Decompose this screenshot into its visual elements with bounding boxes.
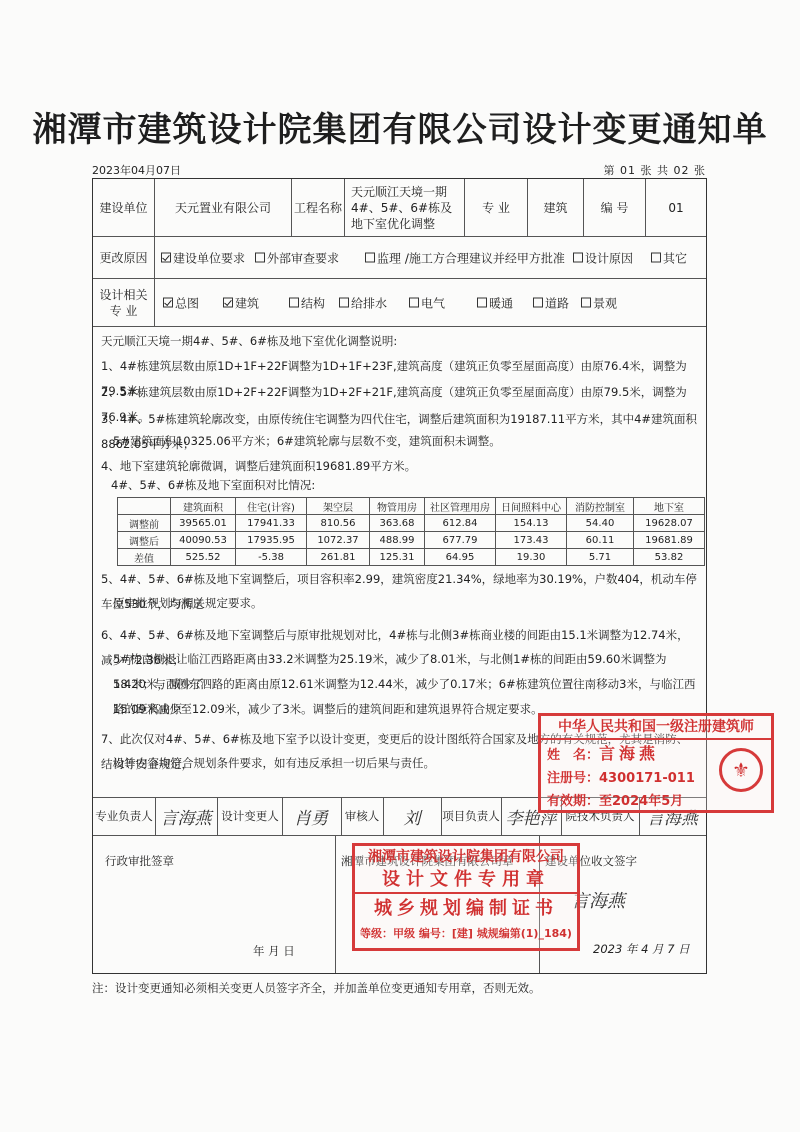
architect-emblem-icon: ⚜	[719, 748, 763, 792]
discipline-lead-label: 专业负责人	[93, 797, 156, 835]
number-label: 编 号	[584, 179, 646, 236]
admin-approval-date: 年 月 日	[253, 943, 295, 959]
table-cell: 173.43	[496, 532, 567, 549]
unit-label: 建设单位	[93, 179, 155, 236]
table-row: 调整后40090.5317935.951072.37488.99677.7917…	[118, 532, 705, 549]
table-row: 差值525.52-5.38261.81125.3164.9519.305.715…	[118, 549, 705, 566]
table-cell: 40090.53	[171, 532, 236, 549]
table-cell: 39565.01	[171, 515, 236, 532]
discipline-label: 专 业	[465, 179, 528, 236]
reviewer-label: 审核人	[341, 797, 384, 835]
table-cell: 社区管理用房	[425, 498, 496, 515]
disciplines-label: 设计相关 专 业	[93, 279, 155, 326]
discipline-option-architecture[interactable]: 建筑	[223, 294, 259, 311]
item-5-cont: 原审批规划与相关规定要求。	[113, 591, 698, 616]
table-cell: 物管用房	[370, 498, 425, 515]
table-cell: 363.68	[370, 515, 425, 532]
reason-label: 更改原因	[93, 237, 155, 278]
checkbox-checked-icon[interactable]	[163, 298, 173, 308]
header-row: 建设单位 天元置业有限公司 工程名称 天元顺江天境一期4#、5#、6#栋及地下室…	[93, 179, 706, 237]
checkbox-icon[interactable]	[365, 253, 375, 263]
table-cell: 17941.33	[236, 515, 307, 532]
table-cell: 19681.89	[634, 532, 705, 549]
table-cell: 488.99	[370, 532, 425, 549]
table-cell: 住宅(计容)	[236, 498, 307, 515]
table-cell: 525.52	[171, 549, 236, 566]
item-3-cont: 5#建筑面积10325.06平方米；6#建筑轮廓与层数不变，建筑面积未调整。	[113, 429, 698, 454]
table-cell: 调整前	[118, 515, 171, 532]
discipline-option-site-plan[interactable]: 总图	[163, 294, 199, 311]
admin-approval-label: 行政审批签章	[105, 853, 174, 869]
page-count: 第 01 张 共 02 张	[604, 162, 706, 178]
table-cell: 建筑面积	[171, 498, 236, 515]
discipline-option-hvac[interactable]: 暖通	[477, 294, 513, 311]
table-cell: 19.30	[496, 549, 567, 566]
table-cell: 消防控制室	[567, 498, 634, 515]
reviewer-signature: 刘	[383, 797, 442, 835]
discipline-option-landscape[interactable]: 景观	[581, 294, 617, 311]
designer-label: 设计变更人	[217, 797, 283, 835]
discipline-option-structure[interactable]: 结构	[289, 294, 325, 311]
table-cell: 677.79	[425, 532, 496, 549]
checkbox-icon[interactable]	[409, 298, 419, 308]
item-4: 4、地下室建筑轮廓微调，调整后建筑面积19681.89平方米。	[101, 454, 698, 479]
checkbox-icon[interactable]	[581, 298, 591, 308]
reason-option-supervision[interactable]: 监理 /施工方合理建议并经甲方批准	[365, 249, 565, 266]
checkbox-icon[interactable]	[289, 298, 299, 308]
table-cell: 差值	[118, 549, 171, 566]
number-value: 01	[646, 179, 706, 236]
table-cell: 810.56	[307, 515, 370, 532]
disciplines-row: 设计相关 专 业 总图 建筑 结构 给排水 电气 暖通 道路 景观	[93, 279, 706, 327]
checkbox-icon[interactable]	[651, 253, 661, 263]
description-heading: 天元顺江天境一期4#、5#、6#栋及地下室优化调整说明:	[101, 329, 698, 354]
table-cell	[118, 498, 171, 515]
architect-registration-stamp: 中华人民共和国一级注册建筑师 姓 名：言海燕 注册号：4300171-011 有…	[538, 713, 774, 813]
table-cell: 日间照料中心	[496, 498, 567, 515]
reason-option-other[interactable]: 其它	[651, 249, 687, 266]
table-cell: 64.95	[425, 549, 496, 566]
reason-option-external-review[interactable]: 外部审查要求	[255, 249, 339, 266]
table-caption: 4#、5#、6#栋及地下室面积对比情况:	[111, 477, 315, 493]
discipline-lead-signature: 言海燕	[155, 797, 217, 835]
table-cell: -5.38	[236, 549, 307, 566]
table-cell: 612.84	[425, 515, 496, 532]
table-cell: 调整后	[118, 532, 171, 549]
discipline-option-roads[interactable]: 道路	[533, 294, 569, 311]
table-cell: 261.81	[307, 549, 370, 566]
reason-option-design[interactable]: 设计原因	[573, 249, 633, 266]
project-value: 天元顺江天境一期4#、5#、6#栋及地下室优化调整	[345, 179, 465, 236]
checkbox-checked-icon[interactable]	[223, 298, 233, 308]
project-lead-label: 项目负责人	[441, 797, 502, 835]
receiver-date: 2023 年 4 月 7 日	[593, 941, 690, 957]
document-date: 2023年04月07日	[92, 162, 181, 178]
checkbox-icon[interactable]	[477, 298, 487, 308]
discipline-value: 建筑	[528, 179, 584, 236]
discipline-option-plumbing[interactable]: 给排水	[339, 294, 387, 311]
table-cell: 60.11	[567, 532, 634, 549]
table-cell: 5.71	[567, 549, 634, 566]
document-title: 湘潭市建筑设计院集团有限公司设计变更通知单	[0, 102, 800, 151]
table-cell: 125.31	[370, 549, 425, 566]
table-cell: 54.40	[567, 515, 634, 532]
checkbox-icon[interactable]	[533, 298, 543, 308]
reason-option-client[interactable]: 建设单位要求	[161, 249, 245, 266]
table-cell: 地下室	[634, 498, 705, 515]
reason-row: 更改原因 建设单位要求 外部审查要求 监理 /施工方合理建议并经甲方批准 设计原…	[93, 237, 706, 279]
project-label: 工程名称	[292, 179, 345, 236]
area-comparison-table: 建筑面积住宅(计容)架空层物管用房社区管理用房日间照料中心消防控制室地下室调整前…	[117, 497, 705, 566]
discipline-option-electrical[interactable]: 电气	[409, 294, 445, 311]
designer-signature: 肖勇	[281, 797, 342, 835]
checkbox-checked-icon[interactable]	[161, 253, 171, 263]
table-cell: 19628.07	[634, 515, 705, 532]
table-cell: 53.82	[634, 549, 705, 566]
checkbox-icon[interactable]	[339, 298, 349, 308]
table-header-row: 建筑面积住宅(计容)架空层物管用房社区管理用房日间照料中心消防控制室地下室	[118, 498, 705, 515]
company-design-stamp: 湘潭市建筑设计院集团有限公司 设计文件专用章 城乡规划编制证书 等级：甲级 编号…	[352, 843, 580, 951]
table-cell: 架空层	[307, 498, 370, 515]
footnote: 注：设计变更通知必须相关变更人员签字齐全，并加盖单位变更通知专用章，否则无效。	[92, 980, 541, 996]
checkbox-icon[interactable]	[573, 253, 583, 263]
table-row: 调整前39565.0117941.33810.56363.68612.84154…	[118, 515, 705, 532]
table-cell: 1072.37	[307, 532, 370, 549]
table-cell: 17935.95	[236, 532, 307, 549]
table-cell: 154.13	[496, 515, 567, 532]
unit-value: 天元置业有限公司	[155, 179, 292, 236]
checkbox-icon[interactable]	[255, 253, 265, 263]
